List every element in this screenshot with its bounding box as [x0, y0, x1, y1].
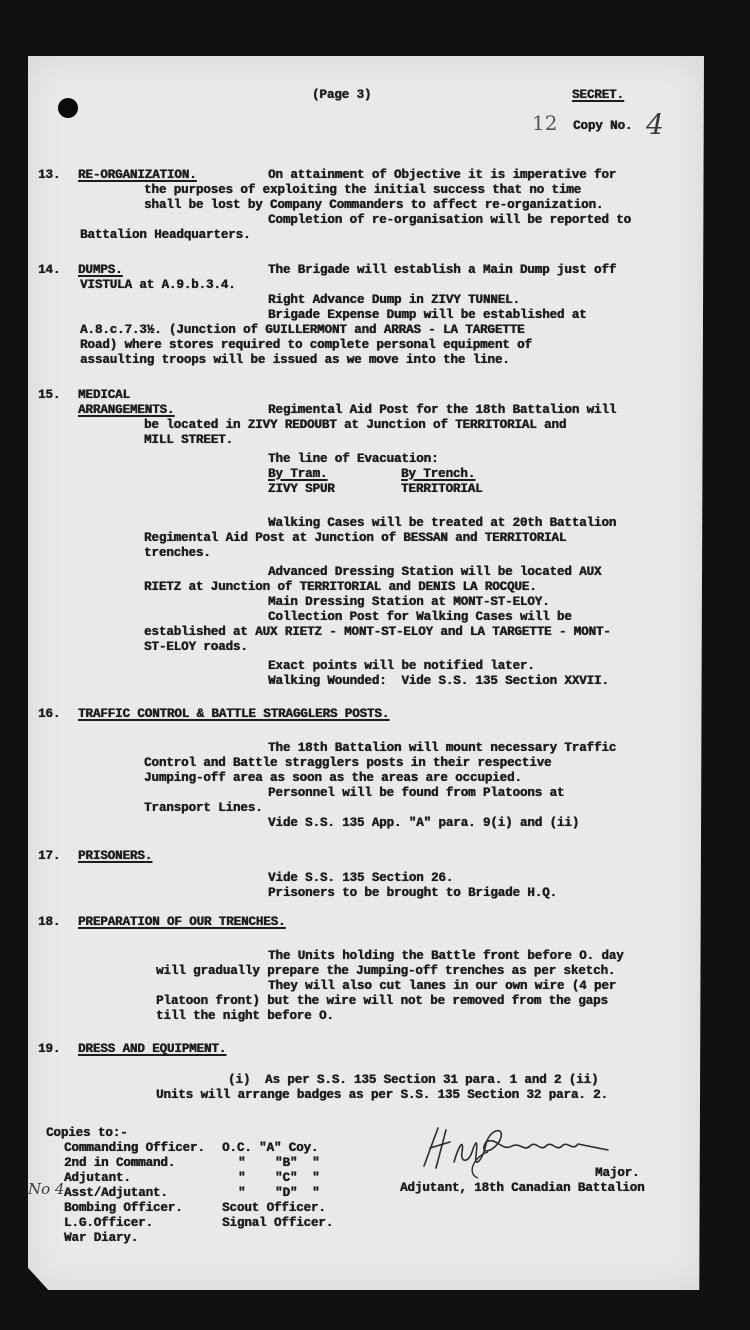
section-14-line: A.8.c.7.3½. (Junction of GUILLERMONT and…: [80, 323, 524, 338]
section-15-number: 15.: [38, 388, 60, 403]
document-page: (Page 3) SECRET. 12 Copy No. 4 13. RE-OR…: [28, 56, 704, 1290]
section-17-line: Vide S.S. 135 Section 26.: [268, 871, 453, 886]
distribution-left-item: L.G.Officer.: [64, 1216, 153, 1231]
section-14-line: Right Advance Dump in ZIVY TUNNEL.: [268, 293, 520, 308]
section-14-line: The Brigade will establish a Main Dump j…: [268, 263, 616, 278]
stamp-number: 12: [532, 111, 557, 135]
section-15-line: RIETZ at Junction of TERRITORIAL and DEN…: [144, 580, 537, 595]
section-15-title-line2: ARRANGEMENTS.: [78, 403, 174, 418]
section-18-number: 18.: [38, 915, 60, 930]
section-16-line: Jumping-off area as soon as the areas ar…: [144, 771, 522, 786]
distribution-left-item: War Diary.: [64, 1231, 138, 1246]
distribution-left-item: Adjutant.: [64, 1171, 131, 1186]
section-16-line: Transport Lines.: [144, 801, 263, 816]
section-14-title: DUMPS.: [78, 263, 122, 278]
section-13-line: shall be lost by Company Commanders to a…: [144, 198, 603, 213]
section-14-line: assaulting troops will be issued as we m…: [80, 353, 510, 368]
section-16-line: Vide S.S. 135 App. "A" para. 9(i) and (i…: [268, 816, 579, 831]
section-19-line: (i) As per S.S. 135 Section 31 para. 1 a…: [228, 1073, 598, 1088]
section-19-number: 19.: [38, 1042, 60, 1057]
section-14-number: 14.: [38, 263, 60, 278]
distribution-right-item: O.C. "A" Coy.: [222, 1141, 318, 1156]
evacuation-tram-header: By Tram.: [268, 467, 327, 482]
section-13-title: RE-ORGANIZATION.: [78, 168, 197, 183]
handwritten-signature: [416, 1122, 616, 1182]
section-18-line: till the night before O.: [156, 1009, 334, 1024]
section-16-line: Control and Battle stragglers posts in t…: [144, 756, 551, 771]
section-14-line: Road) where stores required to complete …: [80, 338, 532, 353]
evacuation-trench-header: By Trench.: [401, 467, 475, 482]
section-17-title: PRISONERS.: [78, 849, 152, 864]
section-15-line: Advanced Dressing Station will be locate…: [268, 565, 601, 580]
section-15-line: The line of Evacuation:: [268, 452, 438, 467]
section-18-line: Platoon front) but the wire will not be …: [156, 994, 608, 1009]
copy-label: Copy No.: [573, 119, 632, 134]
distribution-left-item: Commanding Officer.: [64, 1141, 205, 1156]
section-15-line: be located in ZIVY REDOUBT at Junction o…: [144, 418, 566, 433]
classification-label: SECRET.: [572, 88, 624, 103]
punch-hole: [58, 98, 78, 118]
distribution-right-item: " "B" ": [238, 1156, 319, 1171]
section-13-line: Completion of re-organisation will be re…: [268, 213, 631, 228]
section-15-line: Walking Cases will be treated at 20th Ba…: [268, 516, 616, 531]
section-14-line: VISTULA at A.9.b.3.4.: [80, 278, 236, 293]
section-15-title-line1: MEDICAL: [78, 388, 130, 403]
section-16-line: The 18th Battalion will mount necessary …: [268, 741, 616, 756]
section-16-line: Personnel will be found from Platoons at: [268, 786, 564, 801]
section-18-line: The Units holding the Battle front befor…: [268, 949, 624, 964]
section-15-line: established at AUX RIETZ - MONT-ST-ELOY …: [144, 625, 611, 640]
section-19-line: Units will arrange badges as per S.S. 13…: [156, 1088, 608, 1103]
section-13-line: Battalion Headquarters.: [80, 228, 250, 243]
copy-number: 4: [646, 108, 664, 141]
distribution-right-item: Signal Officer.: [222, 1216, 333, 1231]
section-18-title: PREPARATION OF OUR TRENCHES.: [78, 915, 285, 930]
distribution-left-item: Bombing Officer.: [64, 1201, 183, 1216]
section-13-line: On attainment of Objective it is imperat…: [268, 168, 616, 183]
section-15-line: Collection Post for Walking Cases will b…: [268, 610, 572, 625]
distribution-right-item: " "D" ": [238, 1186, 319, 1201]
section-16-title: TRAFFIC CONTROL & BATTLE STRAGGLERS POST…: [78, 707, 389, 722]
section-17-line: Prisoners to be brought to Brigade H.Q.: [268, 886, 557, 901]
section-15-line: Regimental Aid Post for the 18th Battali…: [268, 403, 616, 418]
page-label: (Page 3): [312, 88, 371, 103]
section-17-number: 17.: [38, 849, 60, 864]
distribution-left-item: Asst/Adjutant.: [64, 1186, 168, 1201]
section-15-line: MILL STREET.: [144, 433, 233, 448]
section-18-line: They will also cut lanes in our own wire…: [268, 979, 616, 994]
section-15-line: Main Dressing Station at MONT-ST-ELOY.: [268, 595, 550, 610]
section-15-line: Exact points will be notified later.: [268, 659, 535, 674]
section-15-line: ST-ELOY roads.: [144, 640, 248, 655]
section-13-number: 13.: [38, 168, 60, 183]
section-15-line: trenches.: [144, 546, 211, 561]
evacuation-trench-value: TERRITORIAL: [401, 482, 482, 497]
section-15-line: Walking Wounded: Vide S.S. 135 Section X…: [268, 674, 609, 689]
signature-rank: Major.: [595, 1166, 639, 1181]
distribution-left-item: 2nd in Command.: [64, 1156, 175, 1171]
distribution-heading: Copies to:-: [46, 1126, 127, 1141]
section-18-line: will gradually prepare the Jumping-off t…: [156, 964, 615, 979]
evacuation-tram-value: ZIVY SPUR: [268, 482, 335, 497]
signature-title: Adjutant, 18th Canadian Battalion: [400, 1181, 644, 1196]
section-16-number: 16.: [38, 707, 60, 722]
distribution-right-item: Scout Officer.: [222, 1201, 326, 1216]
section-15-line: Regimental Aid Post at Junction of BESSA…: [144, 531, 566, 546]
margin-note: No 4: [28, 1180, 64, 1198]
distribution-right-item: " "C" ": [238, 1171, 319, 1186]
section-13-line: the purposes of exploiting the initial s…: [144, 183, 581, 198]
section-14-line: Brigade Expense Dump will be established…: [268, 308, 587, 323]
section-19-title: DRESS AND EQUIPMENT.: [78, 1042, 226, 1057]
